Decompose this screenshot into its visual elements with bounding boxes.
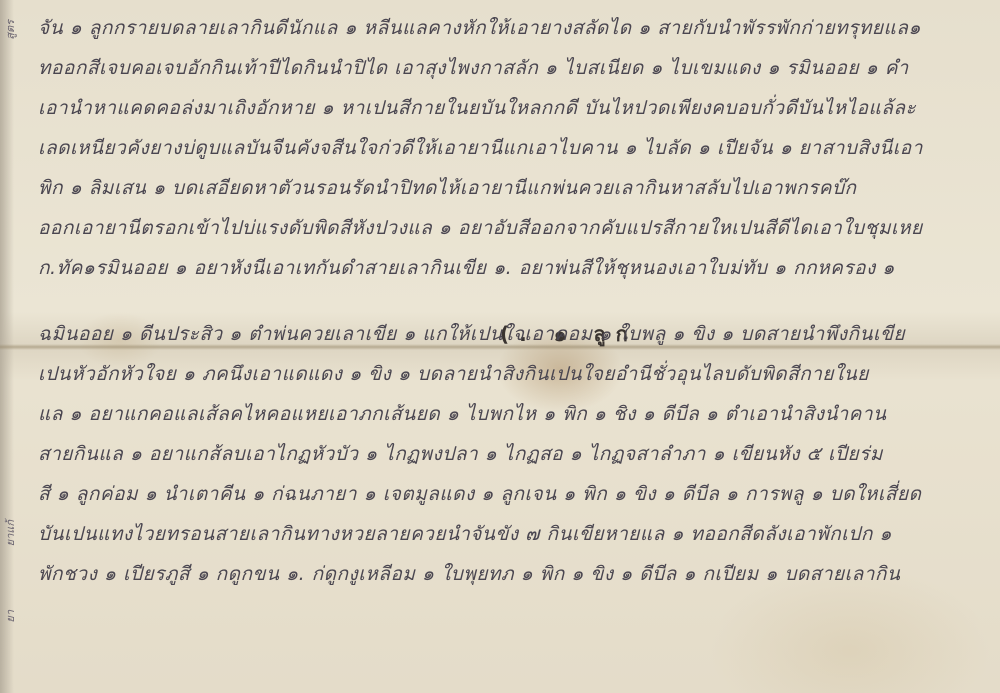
text-line: ก.ทัค๑รมินออย ๑ อยาหังนีเอาเทกันดำสายเลา… <box>38 248 990 288</box>
margin-note: ยาแก้ <box>2 520 24 546</box>
text-line: เลดเหนียวคังยางบ่ดูบแลบันจีนคังจสีนใจก่ว… <box>38 128 990 168</box>
margin-note: ยา <box>2 610 24 623</box>
text-line: บันเปนแทงไวยทรอนสายเลากินทางหวยลายควยนำจ… <box>38 514 990 554</box>
text-line: พักชวง ๑ เปียรภูสี ๑ กดูกขน ๑. ก่ดูกงูเห… <box>38 554 990 594</box>
manuscript-page: สูตร ยาแก้ ยา (. ๑ ลูก จัน ๑ ลูกกรายบดลา… <box>0 0 1000 693</box>
text-line: เปนหัวอักหัวใจย ๑ ภคนึงเอาแดแดง ๑ ขิง ๑ … <box>38 354 990 394</box>
margin-note: สูตร <box>2 20 24 40</box>
text-line: เอานำหาแคดคอล่งมาเถิงอักหาย ๑ หาเปนสีกาย… <box>38 88 990 128</box>
text-line: ฉมินออย ๑ ดีนประสิว ๑ ตำพ่นควยเลาเขีย ๑ … <box>38 314 990 354</box>
text-line: ทออกสีเจบคอเจบอักกินเท้าปีไดกินนำปิได เอ… <box>38 48 990 88</box>
text-line: สี ๑ ลูกค่อม ๑ นำเตาคีน ๑ ก่ฉนภายา ๑ เจต… <box>38 474 990 514</box>
text-line: จัน ๑ ลูกกรายบดลายเลากินดีนักแล ๑ หลีนแล… <box>38 8 990 48</box>
text-block: จัน ๑ ลูกกรายบดลายเลากินดีนักแล ๑ หลีนแล… <box>38 8 990 594</box>
text-line: แล ๑ อยาแกคอแลเส้ลคไหคอแหยเอาภกเส้นยด ๑ … <box>38 394 990 434</box>
text-line: สายกินแล ๑ อยาแกส้ลบเอาไกฏหัวบัว ๑ ไกฏพง… <box>38 434 990 474</box>
text-line: ออกเอายานีตรอกเข้าไปบ่แรงดับพิดสีหังปวงแ… <box>38 208 990 248</box>
text-line: พิก ๑ ลิมเสน ๑ บดเสอียดหาตัวนรอนรัดนำปิท… <box>38 168 990 208</box>
